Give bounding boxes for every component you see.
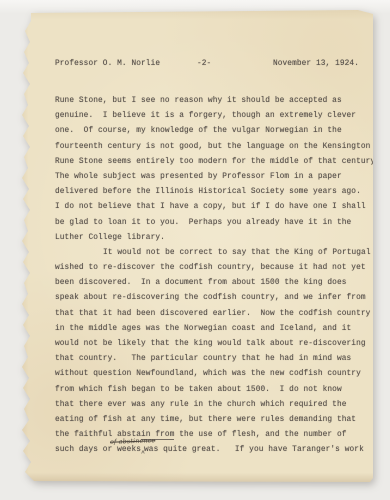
text-line: The whole subject was presented by Profe…: [55, 170, 363, 185]
text-line: from which fish began to be taken about …: [55, 383, 363, 398]
text-line: been discovered. In a document from abou…: [55, 276, 363, 291]
text-line: such days or weeks^of abstinencewas quit…: [55, 443, 363, 458]
text-line: Rune Stone, but I see no reason why it s…: [55, 94, 363, 109]
text-line: genuine. I believe it is a forgery, thou…: [55, 109, 363, 124]
text-line: that that it had been discovered earlier…: [55, 307, 363, 322]
letter-header: Professor O. M. Norlie -2- November 13, …: [55, 60, 361, 74]
letter-date: November 13, 1924.: [273, 60, 359, 68]
text-line: It would not be correct to say that the …: [55, 246, 363, 261]
text-line: delivered before the Illinois Historical…: [55, 185, 363, 200]
text-line: Rune Stone seems entirely too modern for…: [55, 155, 363, 170]
text-line: without question Newfoundland, which was…: [55, 367, 363, 382]
text-line: the faithful abstain from the use of fle…: [55, 428, 363, 443]
text-line: one. Of course, my knowledge of the vulg…: [55, 124, 363, 139]
addressee: Professor O. M. Norlie: [55, 60, 160, 68]
text-line: I do not believe that I have a copy, but…: [55, 200, 363, 215]
text-line: be glad to loan it to you. Perhaps you a…: [55, 216, 363, 231]
text-line: Luther College library.: [55, 231, 363, 246]
letter-paper: Professor O. M. Norlie -2- November 13, …: [18, 10, 373, 482]
text-line: would not be likely that the king would …: [55, 337, 363, 352]
text-line: in the middle ages was the Norwegian coa…: [55, 322, 363, 337]
text-line: eating of fish at any time, but there we…: [55, 413, 363, 428]
text-line: wished to re-discover the codfish countr…: [55, 261, 363, 276]
handwritten-insertion: of abstinence: [110, 433, 156, 450]
text-line: that country. The particular country tha…: [55, 352, 363, 367]
text-line: that there ever was any rule in the chur…: [55, 398, 363, 413]
text-line: fourteenth century is not good, but the …: [55, 140, 363, 155]
body-lines: Rune Stone, but I see no reason why it s…: [55, 94, 363, 459]
letter-paper-wrapper: Professor O. M. Norlie -2- November 13, …: [18, 10, 373, 482]
photo-background: { "document": { "header": { "addressee":…: [0, 0, 390, 500]
page-number: -2-: [197, 60, 211, 68]
text-line: speak about re-discovering the codfish c…: [55, 291, 363, 306]
